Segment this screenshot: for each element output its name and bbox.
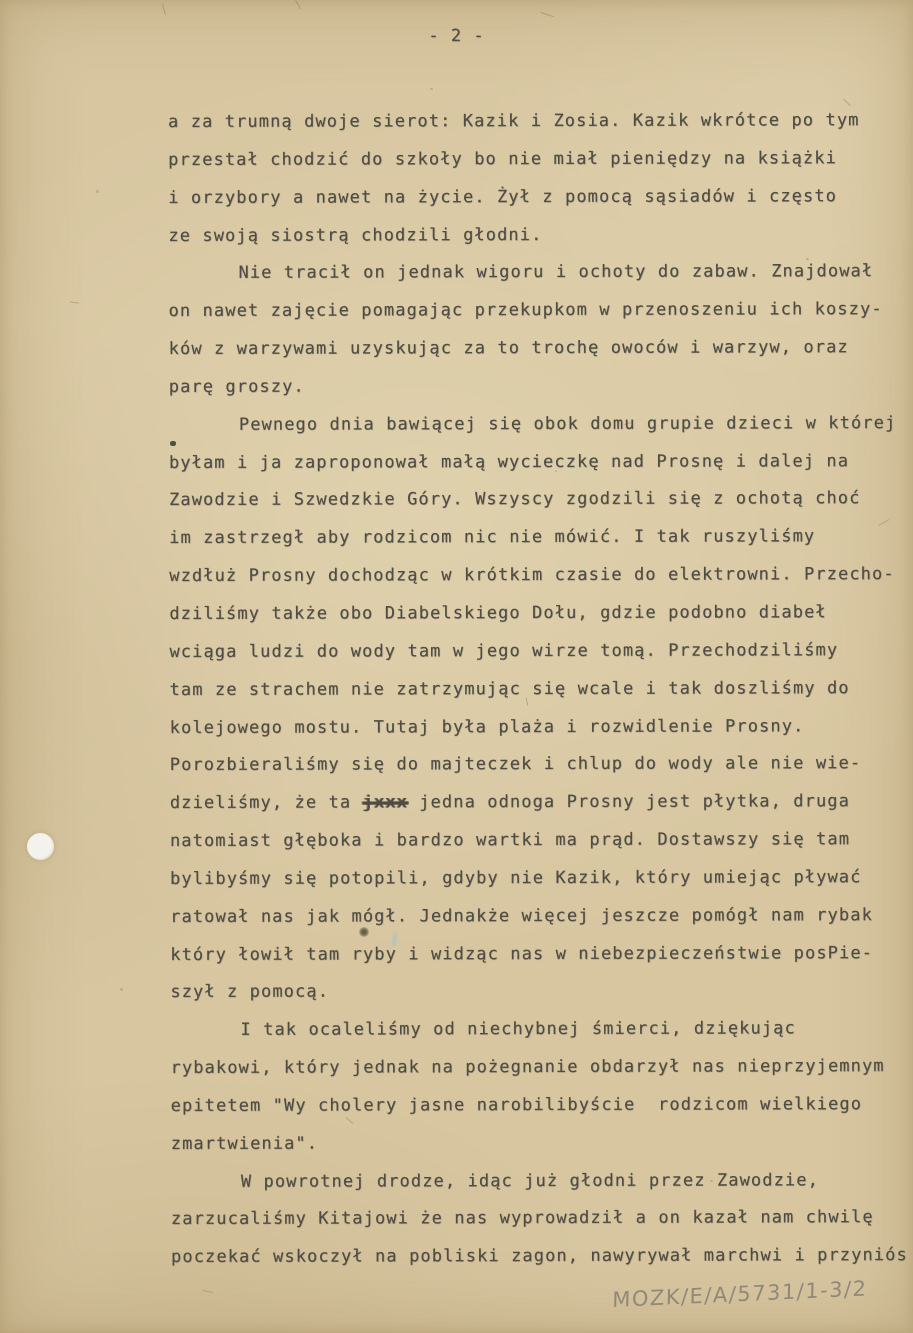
typewritten-line: bylibyśmy się potopili, gdyby nie Kazik,… bbox=[170, 859, 913, 899]
typewritten-line: dziliśmy także obo Diabelskiego Dołu, gd… bbox=[169, 594, 913, 634]
typewritten-line: W powrotnej drodze, idąc już głodni prze… bbox=[171, 1162, 913, 1202]
typewritten-line: natomiast głęboka i bardzo wartki ma prą… bbox=[170, 821, 913, 861]
typewritten-line: rybakowi, który jednak na pożegnanie obd… bbox=[170, 1048, 913, 1088]
typewritten-line: Nie tracił on jednak wigoru i ochoty do … bbox=[168, 253, 913, 293]
typewritten-text-body: a za trumną dwoje sierot: Kazik i Zosia.… bbox=[168, 102, 913, 1277]
typewritten-line: im zastrzegł aby rodzicom nic nie mówić.… bbox=[169, 518, 913, 558]
typewritten-line: tam ze strachem nie zatrzymując się wcal… bbox=[169, 670, 913, 710]
paper-speck bbox=[96, 190, 99, 193]
line-text: jedna odnoga Prosny jest płytka, druga bbox=[408, 791, 850, 812]
typewritten-line: Porozbieraliśmy się do majteczek i chlup… bbox=[170, 745, 913, 785]
typewritten-line: ze swoją siostrą chodzili głodni. bbox=[168, 216, 913, 256]
typewritten-line: zarzucaliśmy Kitajowi że nas wyprowadził… bbox=[171, 1200, 913, 1240]
paper-fiber bbox=[162, 4, 166, 16]
typewritten-line: epitetem "Wy cholery jasne narobilibyści… bbox=[171, 1086, 913, 1126]
typewritten-line: dzieliśmy, że ta jxxx jedna odnoga Prosn… bbox=[170, 783, 913, 823]
struck-out-word: jxxx bbox=[363, 793, 408, 813]
typewritten-line: ratował nas jak mógł. Jednakże więcej je… bbox=[170, 897, 913, 937]
typewritten-line: wzdłuż Prosny dochodząc w krótkim czasie… bbox=[169, 556, 913, 596]
scanned-typewritten-page: - 2 - a za trumną dwoje sierot: Kazik i … bbox=[0, 0, 913, 1333]
ink-blot bbox=[359, 927, 369, 937]
paper-fiber bbox=[203, 1290, 213, 1293]
page-number: - 2 - bbox=[0, 26, 913, 46]
paper-fiber bbox=[70, 301, 79, 303]
typewritten-line: byłam i ja zaproponował małą wycieczkę n… bbox=[169, 443, 913, 483]
typewritten-line: a za trumną dwoje sierot: Kazik i Zosia.… bbox=[168, 102, 913, 142]
paper-speck bbox=[806, 258, 809, 260]
paper-speck bbox=[710, 1180, 713, 1182]
paper-speck bbox=[120, 988, 123, 991]
typewritten-line: poczekać wskoczył na pobliski zagon, naw… bbox=[171, 1237, 913, 1277]
hole-punch bbox=[27, 833, 54, 860]
paper-fiber bbox=[295, 0, 301, 9]
typewritten-line: ków z warzywami uzyskując za to trochę o… bbox=[169, 329, 913, 369]
typewritten-line: kolejowego mostu. Tutaj była plaża i roz… bbox=[170, 708, 913, 748]
typewritten-line: Zawodzie i Szwedzkie Góry. Wszyscy zgodz… bbox=[169, 480, 913, 520]
typewritten-line: wciąga ludzi do wody tam w jego wirze to… bbox=[169, 632, 913, 672]
typewritten-line: który łowił tam ryby i widząc nas w nieb… bbox=[170, 935, 913, 975]
typewritten-line: Pewnego dnia bawiącej się obok domu grup… bbox=[169, 405, 913, 445]
paper-speck bbox=[430, 88, 433, 90]
typewriter-correction-mark bbox=[170, 441, 176, 446]
typewritten-line: on nawet zajęcie pomagając przekupkom w … bbox=[168, 291, 913, 331]
typewritten-line: I tak ocaleliśmy od niechybnej śmierci, … bbox=[170, 1010, 913, 1050]
typewritten-line: przestał chodzić do szkoły bo nie miał p… bbox=[168, 140, 913, 180]
typewritten-line: parę groszy. bbox=[169, 367, 913, 407]
typewritten-line: zmartwienia". bbox=[171, 1124, 913, 1164]
paper-fiber bbox=[540, 12, 554, 17]
paper-speck bbox=[555, 470, 557, 472]
line-text: dzieliśmy, że ta bbox=[170, 793, 363, 814]
typewritten-line: i orzybory a nawet na życie. Żył z pomoc… bbox=[168, 178, 913, 218]
archive-reference-handwritten: MOZK/E/A/5731/1-3/2 bbox=[612, 1276, 868, 1312]
typewritten-line: szył z pomocą. bbox=[170, 972, 913, 1012]
